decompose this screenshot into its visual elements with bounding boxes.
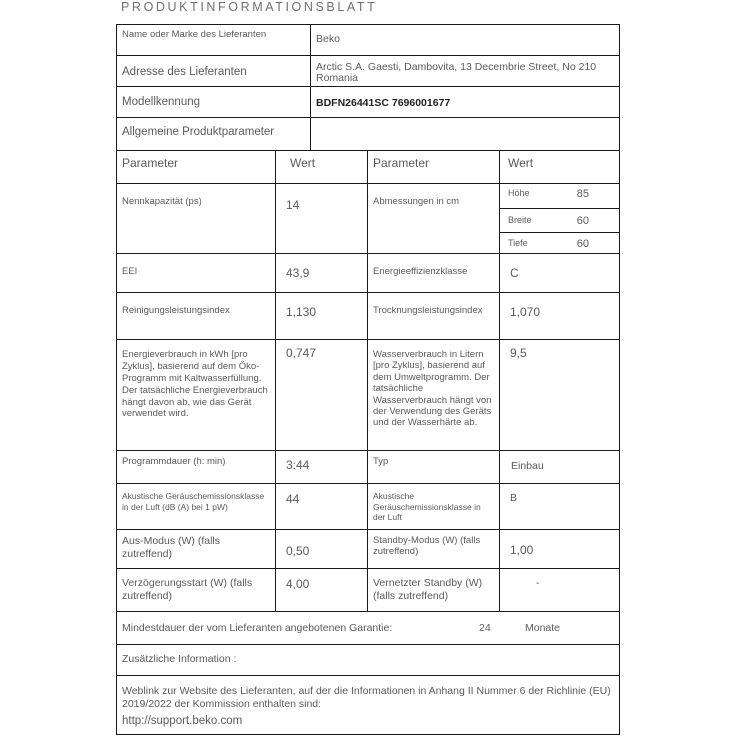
type-label: Typ <box>367 450 501 485</box>
dimensions-label: Abmessungen in cm <box>367 183 501 255</box>
drying-index-label: Trocknungsleistungsindex <box>367 292 501 341</box>
warranty-value: 24 <box>479 622 491 635</box>
capacity-value: 14 <box>275 183 369 255</box>
program-duration-value: 3:44 <box>275 450 369 485</box>
eei-value: 43,9 <box>275 253 369 294</box>
off-mode-label: Aus-Modus (W) (falls zutreffend) <box>116 529 277 570</box>
noise-value: 44 <box>275 483 369 531</box>
header-parameter-2: Parameter <box>367 150 501 185</box>
type-value: Einbau <box>499 450 620 485</box>
depth-value: 60 <box>577 238 589 254</box>
warranty-unit: Monate <box>525 622 560 635</box>
water-consumption-value: 9,5 <box>499 339 620 452</box>
header-parameter-1: Parameter <box>116 150 277 185</box>
model-label: Modellkennung <box>116 86 312 119</box>
noise-label: Akustische Geräuschemissionsklasse in de… <box>116 483 277 531</box>
weblink-url[interactable]: http://support.beko.com <box>122 714 614 728</box>
supplier-name-value: Beko <box>310 24 620 57</box>
program-duration-label: Programmdauer (h: min) <box>116 450 277 485</box>
product-information-sheet: PRODUKTINFORMATIONSBLATT Name oder Marke… <box>0 0 736 736</box>
capacity-label: Nennkapazität (ps) <box>116 183 277 255</box>
supplier-address-value: Arctic S.A. Gaesti, Dambovita, 13 Decemb… <box>310 55 620 88</box>
weblink-row: Weblink zur Website des Lieferanten, auf… <box>116 675 620 735</box>
networked-standby-label: Vernetzter Standby (W) (falls zutreffend… <box>367 568 501 613</box>
width-value: 60 <box>577 215 589 233</box>
height-value: 85 <box>577 188 589 209</box>
warranty-row: Mindestdauer der vom Lieferanten angebot… <box>116 611 620 646</box>
noise-class-value: B <box>499 483 620 531</box>
page-title: PRODUKTINFORMATIONSBLATT <box>121 0 377 14</box>
width-label: Breite <box>508 215 532 233</box>
dimension-height: Höhe 85 <box>499 183 620 210</box>
depth-label: Tiefe <box>508 238 528 254</box>
dimension-width: Breite 60 <box>499 208 620 234</box>
energy-consumption-value: 0,747 <box>275 339 369 452</box>
noise-class-label: Akustische Geräuschemissionsklasse in de… <box>367 483 501 531</box>
weblink-text: Weblink zur Website des Lieferanten, auf… <box>122 685 614 711</box>
dimension-depth: Tiefe 60 <box>499 232 620 255</box>
general-parameters-value <box>310 117 620 152</box>
off-mode-value: 0,50 <box>275 529 369 570</box>
energy-class-label: Energieeffizienzklasse <box>367 253 501 294</box>
cleaning-index-value: 1,130 <box>275 292 369 341</box>
general-parameters-label: Allgemeine Produktparameter <box>116 117 312 152</box>
warranty-label: Mindestdauer der vom Lieferanten angebot… <box>122 622 392 634</box>
networked-standby-value: - <box>499 568 620 613</box>
cleaning-index-label: Reinigungsleistungsindex <box>116 292 277 341</box>
standby-mode-value: 1,00 <box>499 529 620 570</box>
header-value-2: Wert <box>499 150 620 185</box>
delay-start-label: Verzögerungsstart (W) (falls zutreffend) <box>116 568 277 613</box>
drying-index-value: 1,070 <box>499 292 620 341</box>
height-label: Höhe <box>508 188 530 209</box>
header-value-1: Wert <box>275 150 369 185</box>
model-value: BDFN26441SC 7696001677 <box>310 86 620 119</box>
supplier-address-label: Adresse des Lieferanten <box>116 55 312 88</box>
standby-mode-label: Standby-Modus (W) (falls zutreffend) <box>367 529 501 570</box>
water-consumption-label: Wasserverbrauch in Litern [pro Zyklus], … <box>367 339 501 452</box>
delay-start-value: 4,00 <box>275 568 369 613</box>
supplier-name-label: Name oder Marke des Lieferanten <box>116 24 312 57</box>
energy-class-value: C <box>499 253 620 294</box>
additional-info: Zusätzliche Information : <box>116 644 620 677</box>
eei-label: EEI <box>116 253 277 294</box>
energy-consumption-label: Energieverbrauch in kWh [pro Zyklus], ba… <box>116 339 277 452</box>
